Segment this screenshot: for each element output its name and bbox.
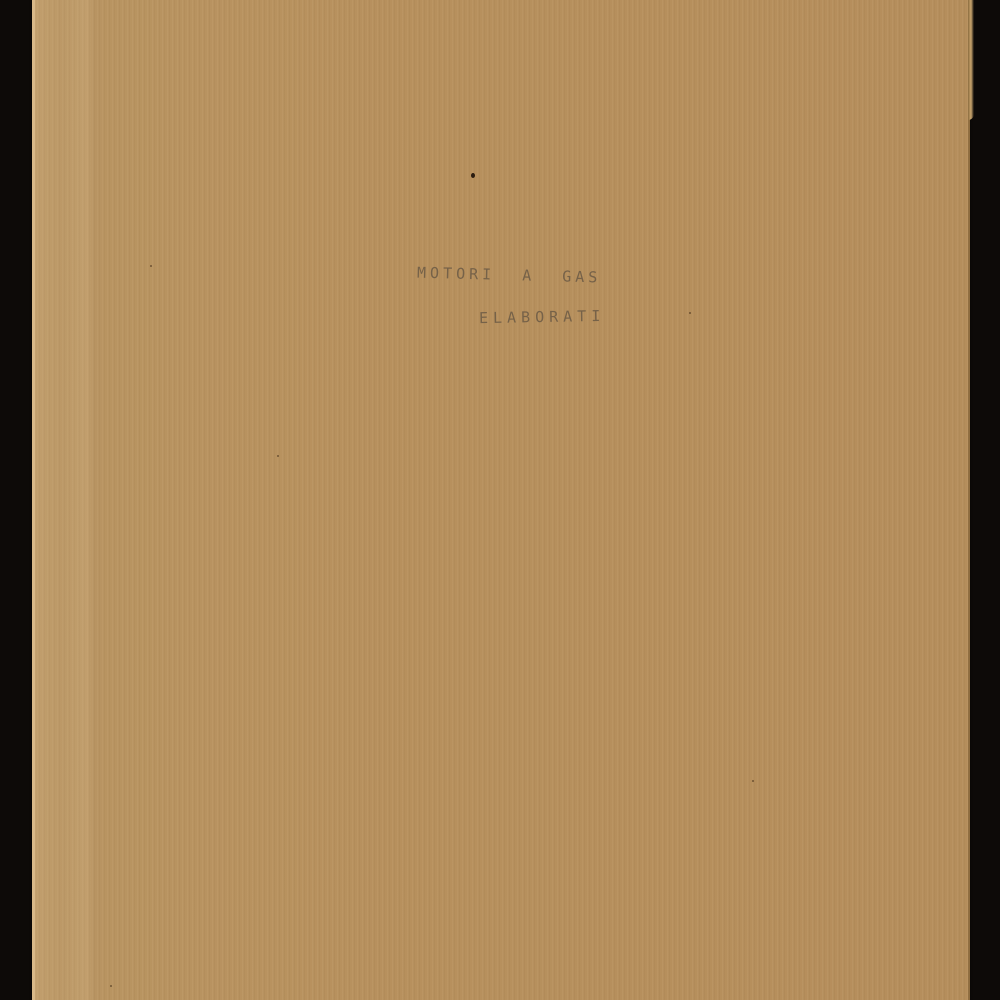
paper-speck <box>689 312 691 314</box>
folder-cover: MOTORI A GAS ELABORATI <box>32 0 970 1000</box>
folder-spine <box>32 0 107 1000</box>
paper-speck <box>110 985 112 987</box>
ink-dot <box>471 173 475 178</box>
folder-left-edge <box>32 0 35 1000</box>
paper-speck <box>277 455 279 457</box>
paper-speck <box>752 780 754 782</box>
handwritten-subtitle: ELABORATI <box>479 307 606 327</box>
paper-speck <box>150 265 152 267</box>
scan-background: MOTORI A GAS ELABORATI <box>0 0 1000 1000</box>
handwritten-title: MOTORI A GAS <box>417 264 602 287</box>
folder-corner-curl <box>968 0 974 120</box>
folder-right-edge <box>968 0 970 1000</box>
